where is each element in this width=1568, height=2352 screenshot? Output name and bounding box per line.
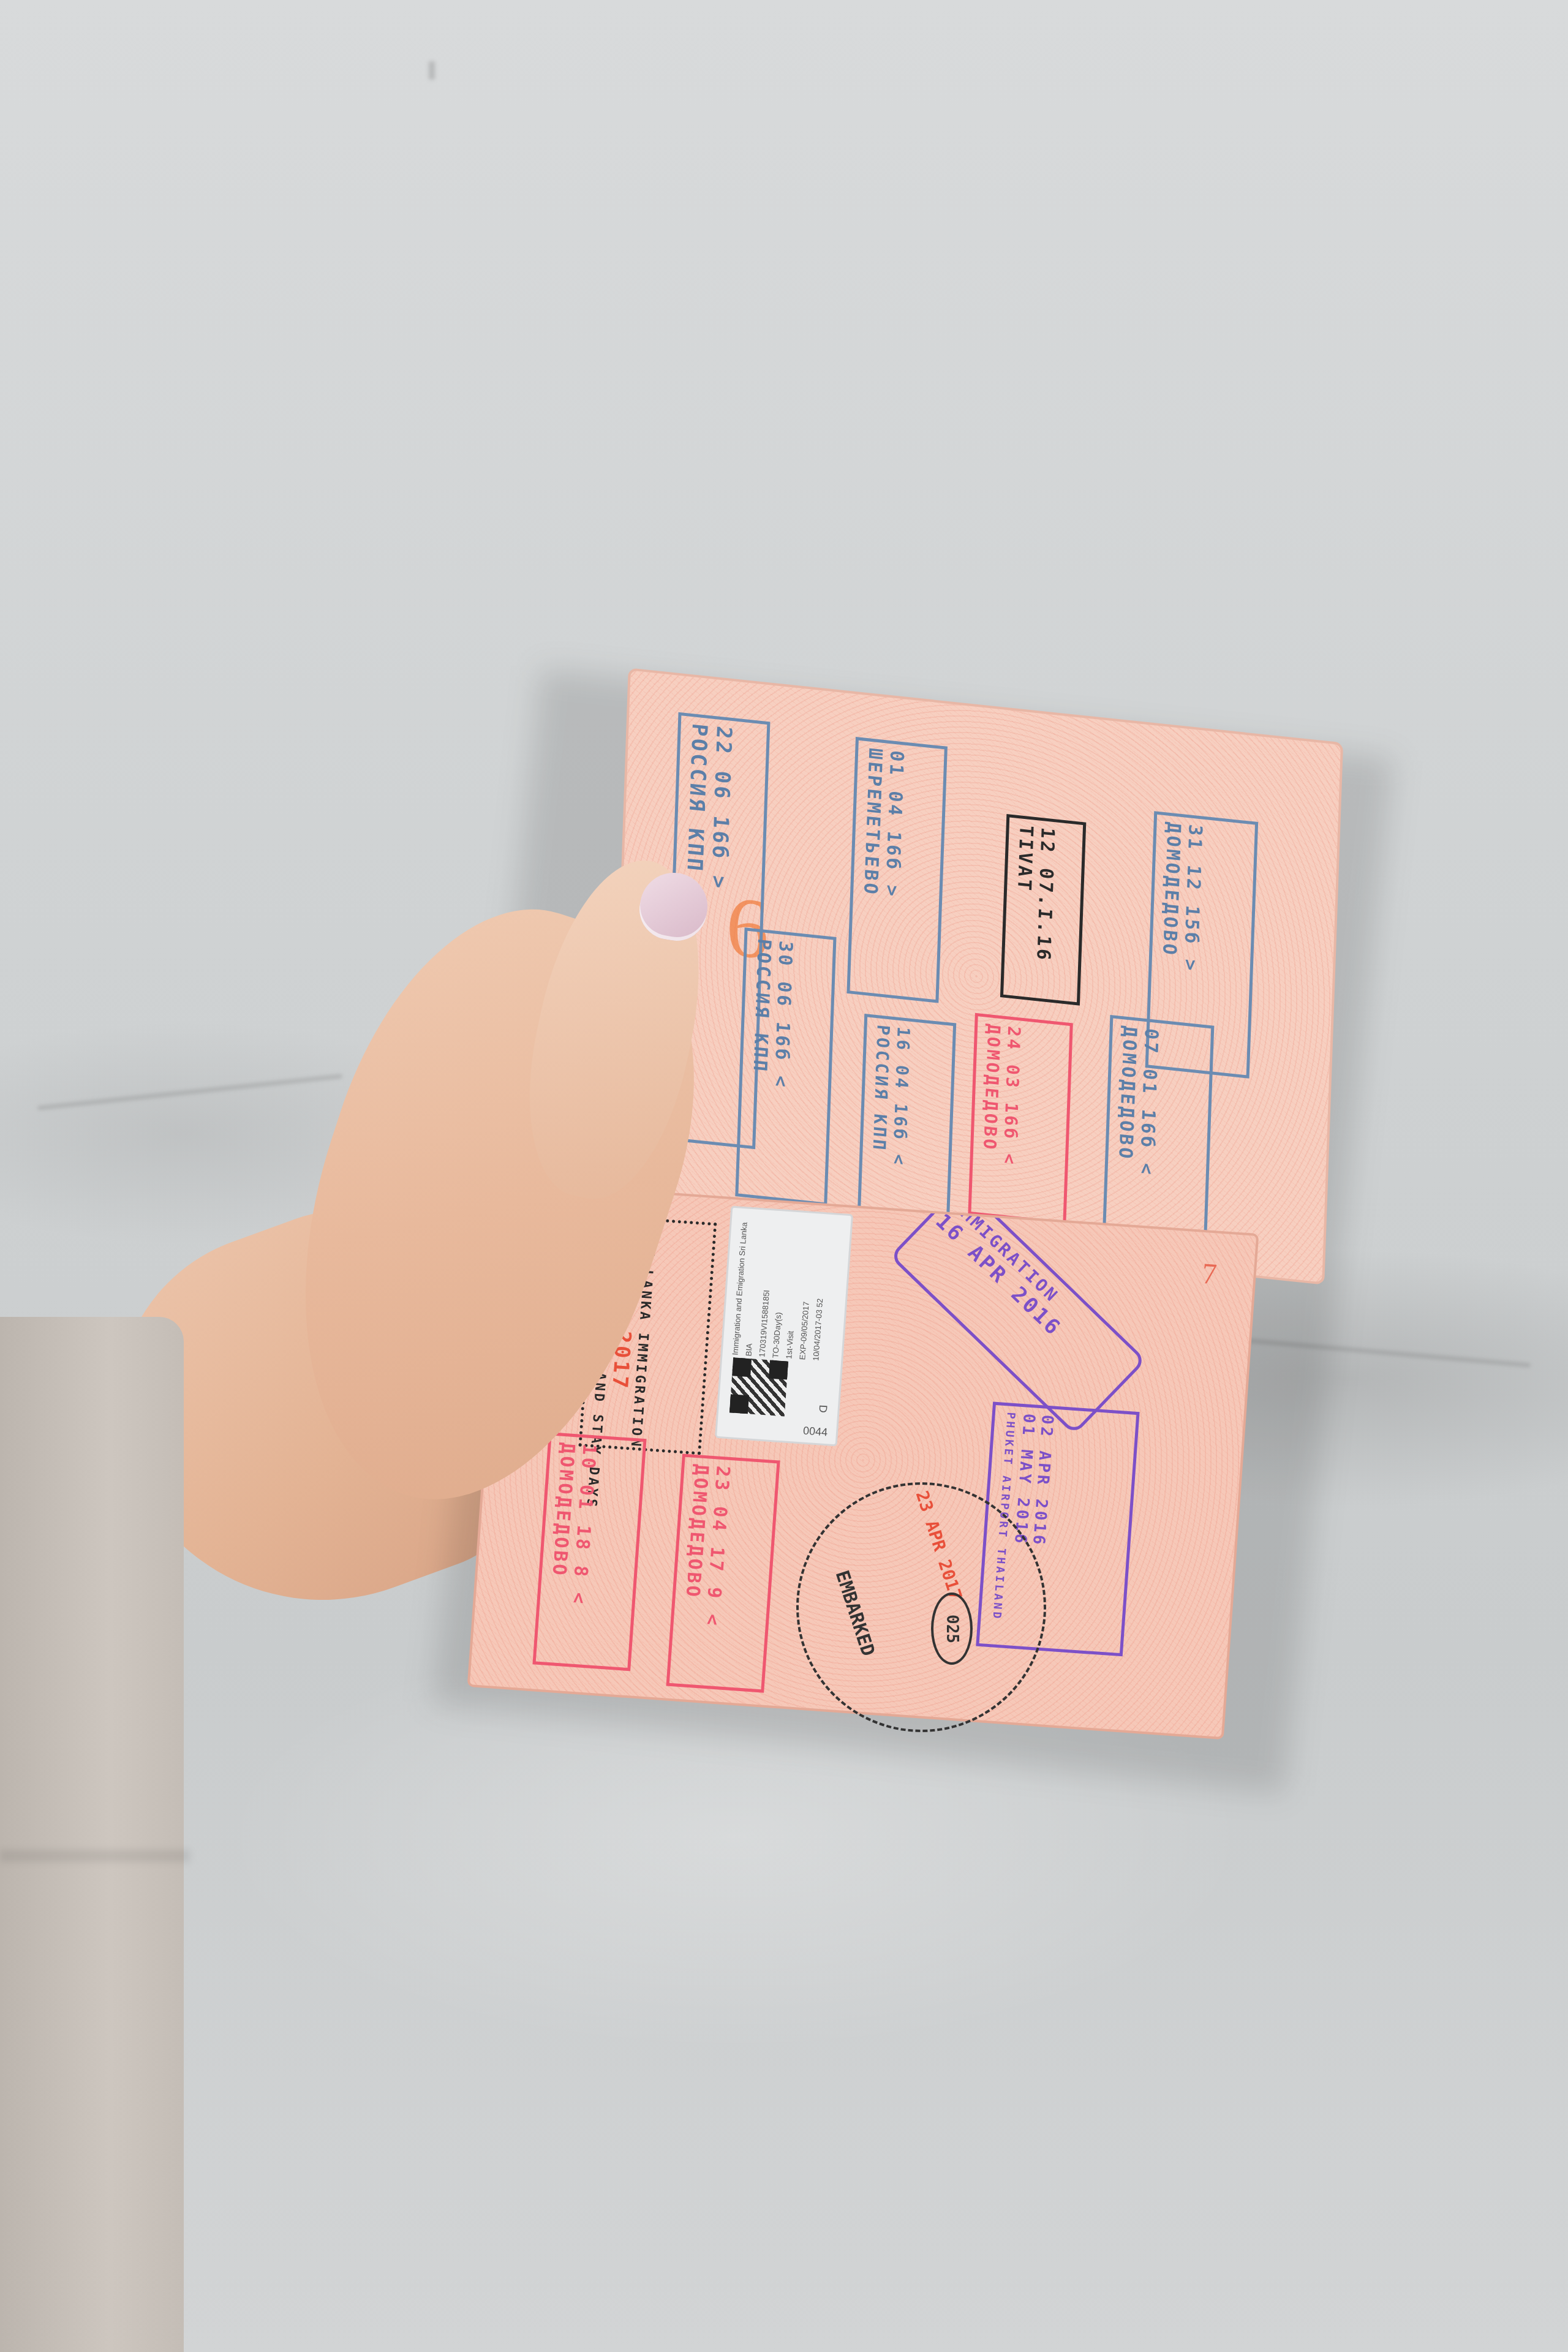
sticker-line: EXP-09/05/2017 [797, 1302, 811, 1360]
sticker-line: TO-30Day(s) [771, 1312, 783, 1359]
passport-top-page: 6 22 06 16б > РОССИЯ КПП 30 06 16б < РОС… [609, 668, 1343, 1285]
sticker-line: 170319VI1588185I [757, 1289, 771, 1357]
sticker-number: 0044 [802, 1425, 827, 1439]
stamp-exit: 10 01 18 8 < ДОМОДЕДОВО [532, 1432, 646, 1671]
wall-mark [37, 1074, 342, 1110]
stamp-entry: 24 03 16б < ДОМОДЕДОВО [968, 1013, 1072, 1225]
stamp-entry: 01 04 16б > ШЕРЕМЕТЬЕВО [846, 737, 948, 1003]
coat-sleeve [0, 1317, 184, 2352]
sticker-code: D [816, 1404, 829, 1413]
stamp-tivat: 12 07.I.16 TIVAT [1000, 814, 1086, 1006]
stamp-entry: 16 04 16б < РОССИЯ КПП [857, 1014, 956, 1231]
wall-mark [429, 61, 435, 80]
stamp-code: 025 [931, 1593, 973, 1665]
sticker-line: 1st-Visit [784, 1330, 795, 1359]
stamp-line: TIVAT [1013, 824, 1037, 894]
stamp-date: 16 APR 2016 [931, 1209, 1066, 1341]
stamp-exit: 23 04 17 9 < ДОМОДЕДОВО [666, 1453, 780, 1692]
page-number: 7 [1201, 1257, 1218, 1292]
visa-sticker: Immigration and Emigration Sri Lanka BIA… [715, 1205, 853, 1446]
stamp-entry: 30 06 16б < РОССИЯ КПП [735, 927, 836, 1205]
qr-code-icon [729, 1357, 788, 1416]
sleeve-fold [0, 1850, 190, 1862]
sticker-line: Immigration and Emigration Sri Lanka [731, 1222, 749, 1355]
sticker-line: 10/04/2017-03 52 [811, 1298, 824, 1362]
sticker-line: BIA [744, 1343, 753, 1357]
stamp-line: РОССИЯ КПП [682, 722, 712, 874]
stamp-entry: 07 01 16б < ДОМОДЕДОВО [1102, 1015, 1214, 1258]
